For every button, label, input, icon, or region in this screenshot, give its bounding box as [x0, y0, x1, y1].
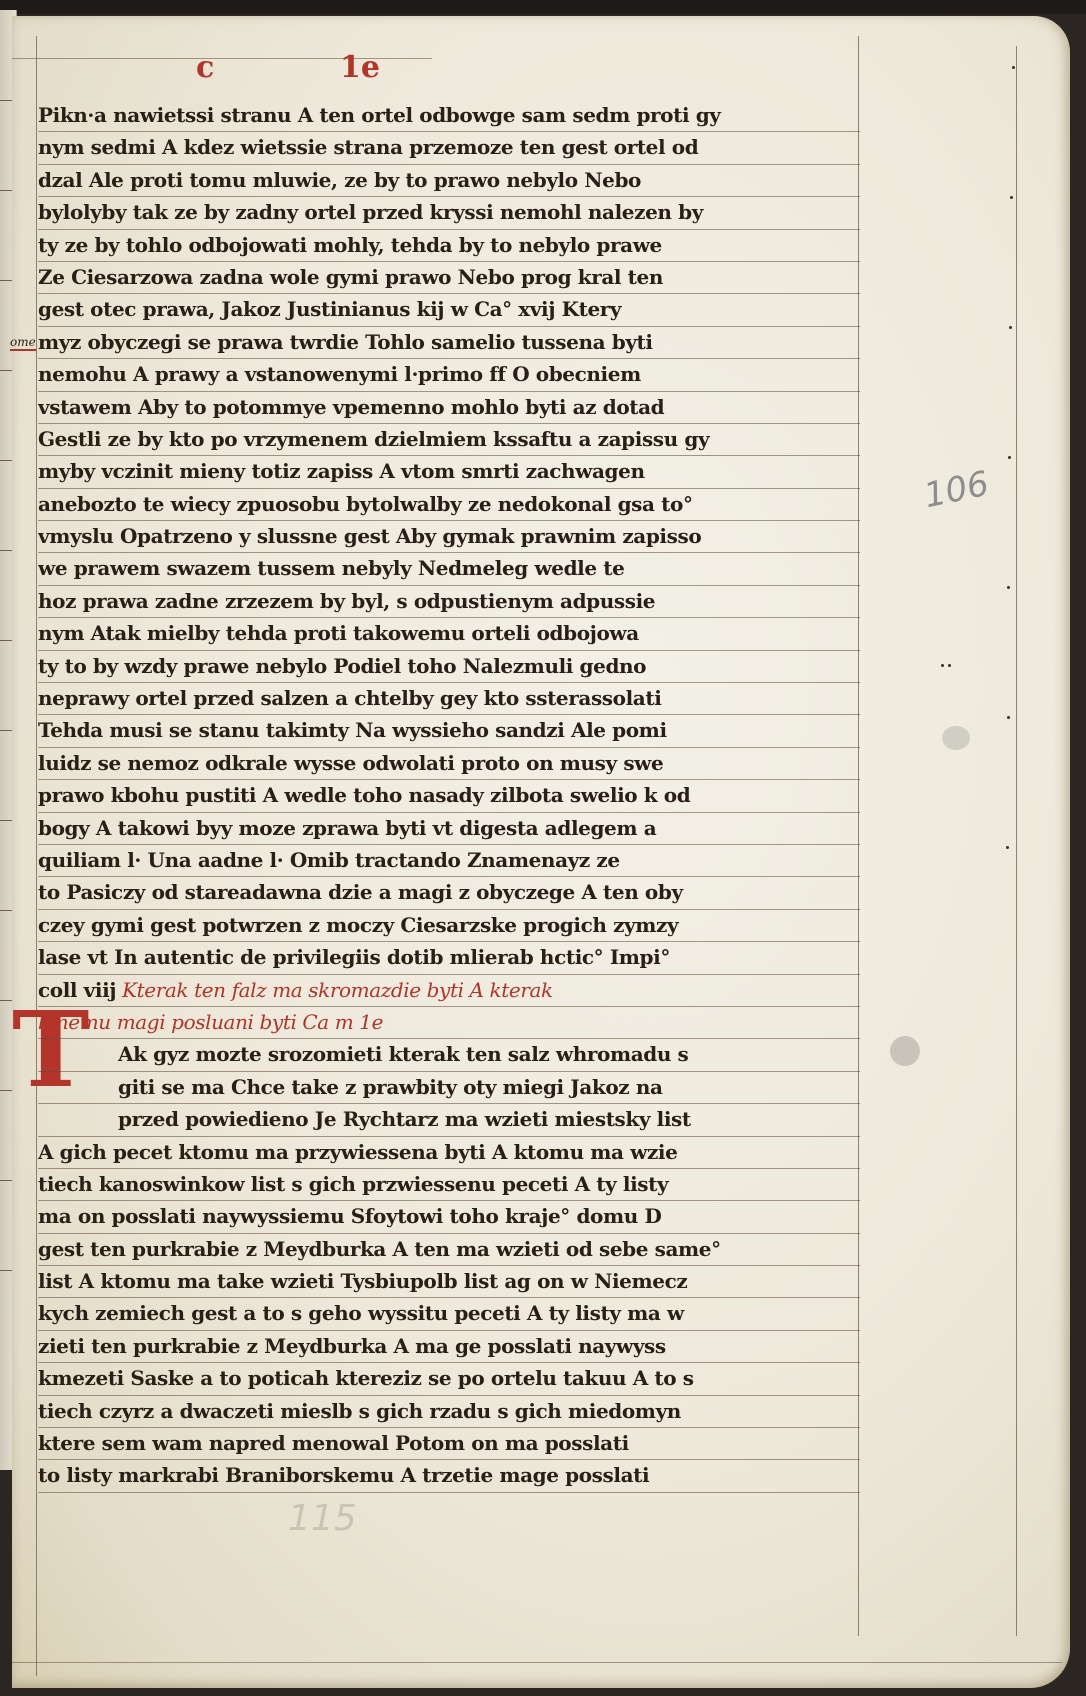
left-ruling-line — [36, 36, 37, 1676]
manuscript-line: neprawy ortel przed salzen a chtelby gey… — [38, 683, 860, 715]
manuscript-line: list A ktomu ma take wzieti Tysbiupolb l… — [38, 1266, 860, 1298]
manuscript-line: Gestli ze by kto po vrzymenem dzielmiem … — [38, 424, 860, 456]
manuscript-line: kych zemiech gest a to s geho wyssitu pe… — [38, 1298, 860, 1330]
manuscript-line: ma on posslati naywyssiemu Sfoytowi toho… — [38, 1201, 860, 1233]
manuscript-line: A gich pecet ktomu ma przywiessena byti … — [38, 1137, 860, 1169]
manuscript-line: Pikn·a nawietssi stranu A ten ortel odbo… — [38, 100, 860, 132]
manuscript-line: ty ze by tohlo odbojowati mohly, tehda b… — [38, 230, 860, 262]
manuscript-line: we prawem swazem tussem nebyly Nedmeleg … — [38, 553, 860, 585]
manuscript-line: kmemu magi posluani byti Ca m 1e — [38, 1007, 860, 1039]
rubric-mark-left: c — [196, 50, 214, 85]
faint-folio-number: 115 — [288, 1498, 357, 1539]
manuscript-line: Tehda musi se stanu takimty Na wyssieho … — [38, 715, 860, 747]
manuscript-line: Ze Ciesarzowa zadna wole gymi prawo Nebo… — [38, 262, 860, 294]
manuscript-line: vmyslu Opatrzeno y slussne gest Aby gyma… — [38, 521, 860, 553]
manuscript-line: bogy A takowi byy moze zprawa byti vt di… — [38, 813, 860, 845]
manuscript-line: ktere sem wam napred menowal Potom on ma… — [38, 1428, 860, 1460]
manuscript-line: lase vt In autentic de privilegiis dotib… — [38, 942, 860, 974]
manuscript-line: gest otec prawa, Jakoz Justinianus kij w… — [38, 294, 860, 326]
manuscript-line: hoz prawa zadne zrzezem by byl, s odpust… — [38, 586, 860, 618]
manuscript-line: coll viij Kterak ten falz ma skromazdie … — [38, 975, 860, 1007]
manuscript-line: przed powiedieno Je Rychtarz ma wzieti m… — [38, 1104, 860, 1136]
rubric-mark-right: 1e — [340, 50, 380, 85]
manuscript-line: tiech czyrz a dwaczeti mieslb s gich rza… — [38, 1396, 860, 1428]
manuscript-line: zieti ten purkrabie z Meydburka A ma ge … — [38, 1331, 860, 1363]
manuscript-line: to listy markrabi Braniborskemu A trzeti… — [38, 1460, 860, 1492]
manuscript-line: vstawem Aby to potommye vpemenno mohlo b… — [38, 392, 860, 424]
manuscript-line: ty to by wzdy prawe nebylo Podiel toho N… — [38, 651, 860, 683]
manuscript-text-block: Pikn·a nawietssi stranu A ten ortel odbo… — [38, 100, 860, 1493]
manuscript-line: anebozto te wiecy zpuosobu bytolwalby ze… — [38, 489, 860, 521]
manuscript-line: nemohu A prawy a vstanowenymi l·primo ff… — [38, 359, 860, 391]
manuscript-line: giti se ma Chce take z prawbity oty mieg… — [38, 1072, 860, 1104]
manuscript-line: gest ten purkrabie z Meydburka A ten ma … — [38, 1234, 860, 1266]
manuscript-line: nym sedmi A kdez wietssie strana przemoz… — [38, 132, 860, 164]
manuscript-line: kmezeti Saske a to poticah ktereziz se p… — [38, 1363, 860, 1395]
manuscript-line: myby vczinit mieny totiz zapiss A vtom s… — [38, 456, 860, 488]
outer-margin-ruling-line — [1016, 46, 1017, 1636]
manuscript-line: nym Atak mielby tehda proti takowemu ort… — [38, 618, 860, 650]
manuscript-line: quiliam l· Una aadne l· Omib tractando Z… — [38, 845, 860, 877]
margin-note-left: ome — [10, 335, 36, 351]
manuscript-line: bylolyby tak ze by zadny ortel przed kry… — [38, 197, 860, 229]
scan-background-top — [0, 0, 1086, 14]
manuscript-line: czey gymi gest potwrzen z moczy Ciesarzs… — [38, 910, 860, 942]
manuscript-line: dzal Ale proti tomu mluwie, ze by to pra… — [38, 165, 860, 197]
bottom-ruling-line — [12, 1662, 1062, 1663]
manuscript-line: tiech kanoswinkow list s gich przwiessen… — [38, 1169, 860, 1201]
line-text-black: coll viij — [38, 978, 116, 1002]
rubric-heading: Kterak ten falz ma skromazdie byti A kte… — [116, 978, 553, 1002]
manuscript-line: to Pasiczy od stareadawna dzie a magi z … — [38, 877, 860, 909]
manuscript-line: Ak gyz mozte srozomieti kterak ten salz … — [38, 1039, 860, 1071]
manuscript-line: luidz se nemoz odkrale wysse odwolati pr… — [38, 748, 860, 780]
manuscript-line: prawo kbohu pustiti A wedle toho nasady … — [38, 780, 860, 812]
manuscript-line: myz obyczegi se prawa twrdie Tohlo samel… — [38, 327, 860, 359]
